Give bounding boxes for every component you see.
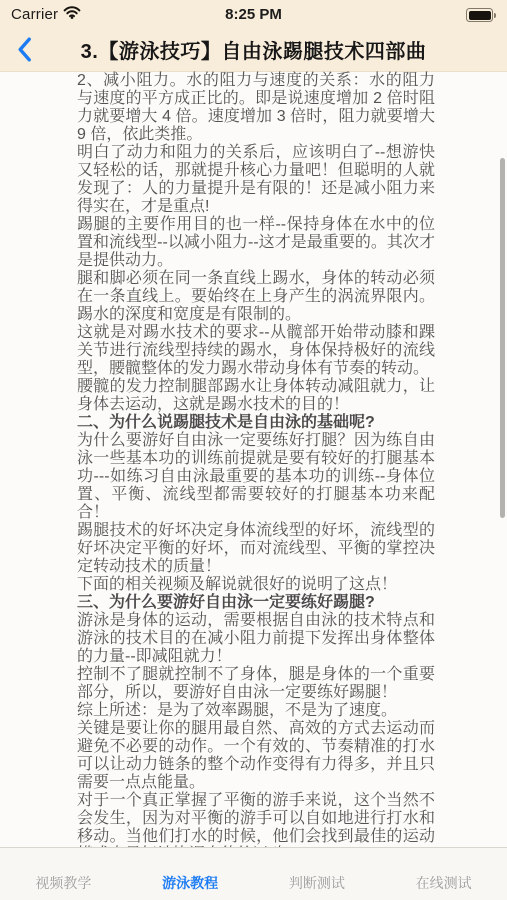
tab-视频教学[interactable]: 视频教学 [0,848,127,900]
clock: 8:25 PM [0,6,507,23]
article-paragraph: 控制不了腿就控制不了身体，腿是身体的一个重要部分，所以，要游好自由泳一定要练好踢… [77,666,435,702]
article-paragraph: 这就是对踢水技术的要求--从髋部开始带动膝和踝关节进行流线型持续的踢水，身体保持… [77,324,435,378]
app-screen: Carrier 8:25 PM [0,0,507,900]
page-title: 3.【游泳技巧】自由泳踢腿技术四部曲 [0,35,507,64]
article-body[interactable]: 2、减小阻力。水的阻力与速度的关系：水的阻力与速度的平方成正比的。即是说速度增加… [0,71,507,848]
article-paragraph: 明白了动力和阻力的关系后，应该明白了--想游快又轻松的话，那就提升核心力量吧！但… [77,144,435,216]
article-paragraph: 关键是要让你的腿用最自然、高效的方式去运动而避免不必要的动作。一个有效的、节奏精… [77,720,435,792]
article-paragraph: 下面的相关视频及解说就很好的说明了这点！ [77,576,435,594]
tab-bar: 视频教学游泳教程判断测试在线测试 [0,847,507,900]
article-paragraph: 腿和脚必须在同一条直线上踢水，身体的转动必须在一条直线上。要始终在上身产生的涡流… [77,270,435,324]
nav-bar: 3.【游泳技巧】自由泳踢腿技术四部曲 [0,28,507,72]
chevron-left-icon [17,50,32,65]
tab-游泳教程[interactable]: 游泳教程 [127,848,254,900]
article-paragraph: 为什么要游好自由泳一定要练好打腿？因为练自由泳一些基本功的训练前提就是要有较好的… [77,432,435,522]
article-paragraph: 游泳是身体的运动，需要根据自由泳的技术特点和游泳的技术目的在减小阻力前提下发挥出… [77,612,435,666]
article-paragraph: 2、减小阻力。水的阻力与速度的关系：水的阻力与速度的平方成正比的。即是说速度增加… [77,72,435,144]
article-paragraph: 综上所述：是为了效率踢腿，不是为了速度。 [77,702,435,720]
battery-icon [466,8,493,22]
article-paragraph: 对于一个真正掌握了平衡的游手来说，这个当然不会发生，因为对平衡的游手可以自如地进… [77,792,435,848]
section-heading: 三、为什么要游好自由泳一定要练好踢腿? [77,594,435,612]
tab-在线测试[interactable]: 在线测试 [380,848,507,900]
tab-判断测试[interactable]: 判断测试 [254,848,381,900]
article-paragraph: 腰髋的发力控制腿部踢水让身体转动减阻就力，让身体去运动，这就是踢水技术的目的！ [77,378,435,414]
back-button[interactable] [13,37,35,63]
section-heading: 二、为什么说踢腿技术是自由泳的基础呢? [77,414,435,432]
status-right [466,8,493,22]
status-bar: Carrier 8:25 PM [0,0,507,28]
article-paragraph: 踢腿的主要作用目的也一样--保持身体在水中的位置和流线型--以减小阻力--这才是… [77,216,435,270]
article-paragraph: 踢腿技术的好坏决定身体流线型的好坏，流线型的好坏决定平衡的好坏，而对流线型、平衡… [77,522,435,576]
scrollbar-thumb[interactable] [500,158,505,518]
